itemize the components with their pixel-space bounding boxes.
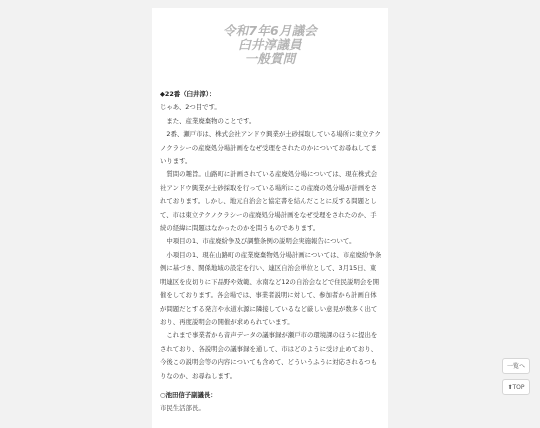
paragraph: また、産業廃棄物のことです。	[160, 115, 382, 128]
paragraph: 質問の趣旨。山路町に計画されている産廃処分場については、現在株式会社アンドウ興業…	[160, 168, 382, 235]
speaker-label: ◆22番（臼井淳）：	[160, 88, 382, 101]
paragraph: これまで事業者から音声データの議事録が瀬戸市の環境課のほうに提出をされており、各…	[160, 329, 382, 383]
transcript-body: ◆22番（臼井淳）： じゃあ、2つ目です。 また、産業廃棄物のことです。 2番、…	[160, 88, 382, 405]
title-member: 臼井淳議員	[152, 38, 388, 52]
paragraph: 小項目の1、現在山路町の産業廃棄物処分場計画については、市産廃紛争条例に基づき、…	[160, 249, 382, 329]
back-to-list-button[interactable]: 一覧へ	[502, 358, 530, 374]
scroll-to-top-button[interactable]: ⬆TOP	[502, 379, 530, 395]
speaker-label: ○池田信子副議長：	[160, 389, 382, 402]
title-session: 令和7年6月議会	[152, 24, 388, 38]
paragraph: 中項目の1、市産廃紛争及び調整条例の説明会実施報告について。	[160, 235, 382, 248]
paragraph: じゃあ、2つ目です。	[160, 101, 382, 114]
paragraph: 2番、瀬戸市は、株式会社アンドウ興業が土砂採取している場所に東立テクノクラシーの…	[160, 128, 382, 168]
document-page: 令和7年6月議会 臼井淳議員 一般質問 ◆22番（臼井淳）： じゃあ、2つ目です…	[152, 8, 388, 405]
page-title: 令和7年6月議会 臼井淳議員 一般質問	[152, 24, 388, 66]
title-type: 一般質問	[152, 52, 388, 66]
